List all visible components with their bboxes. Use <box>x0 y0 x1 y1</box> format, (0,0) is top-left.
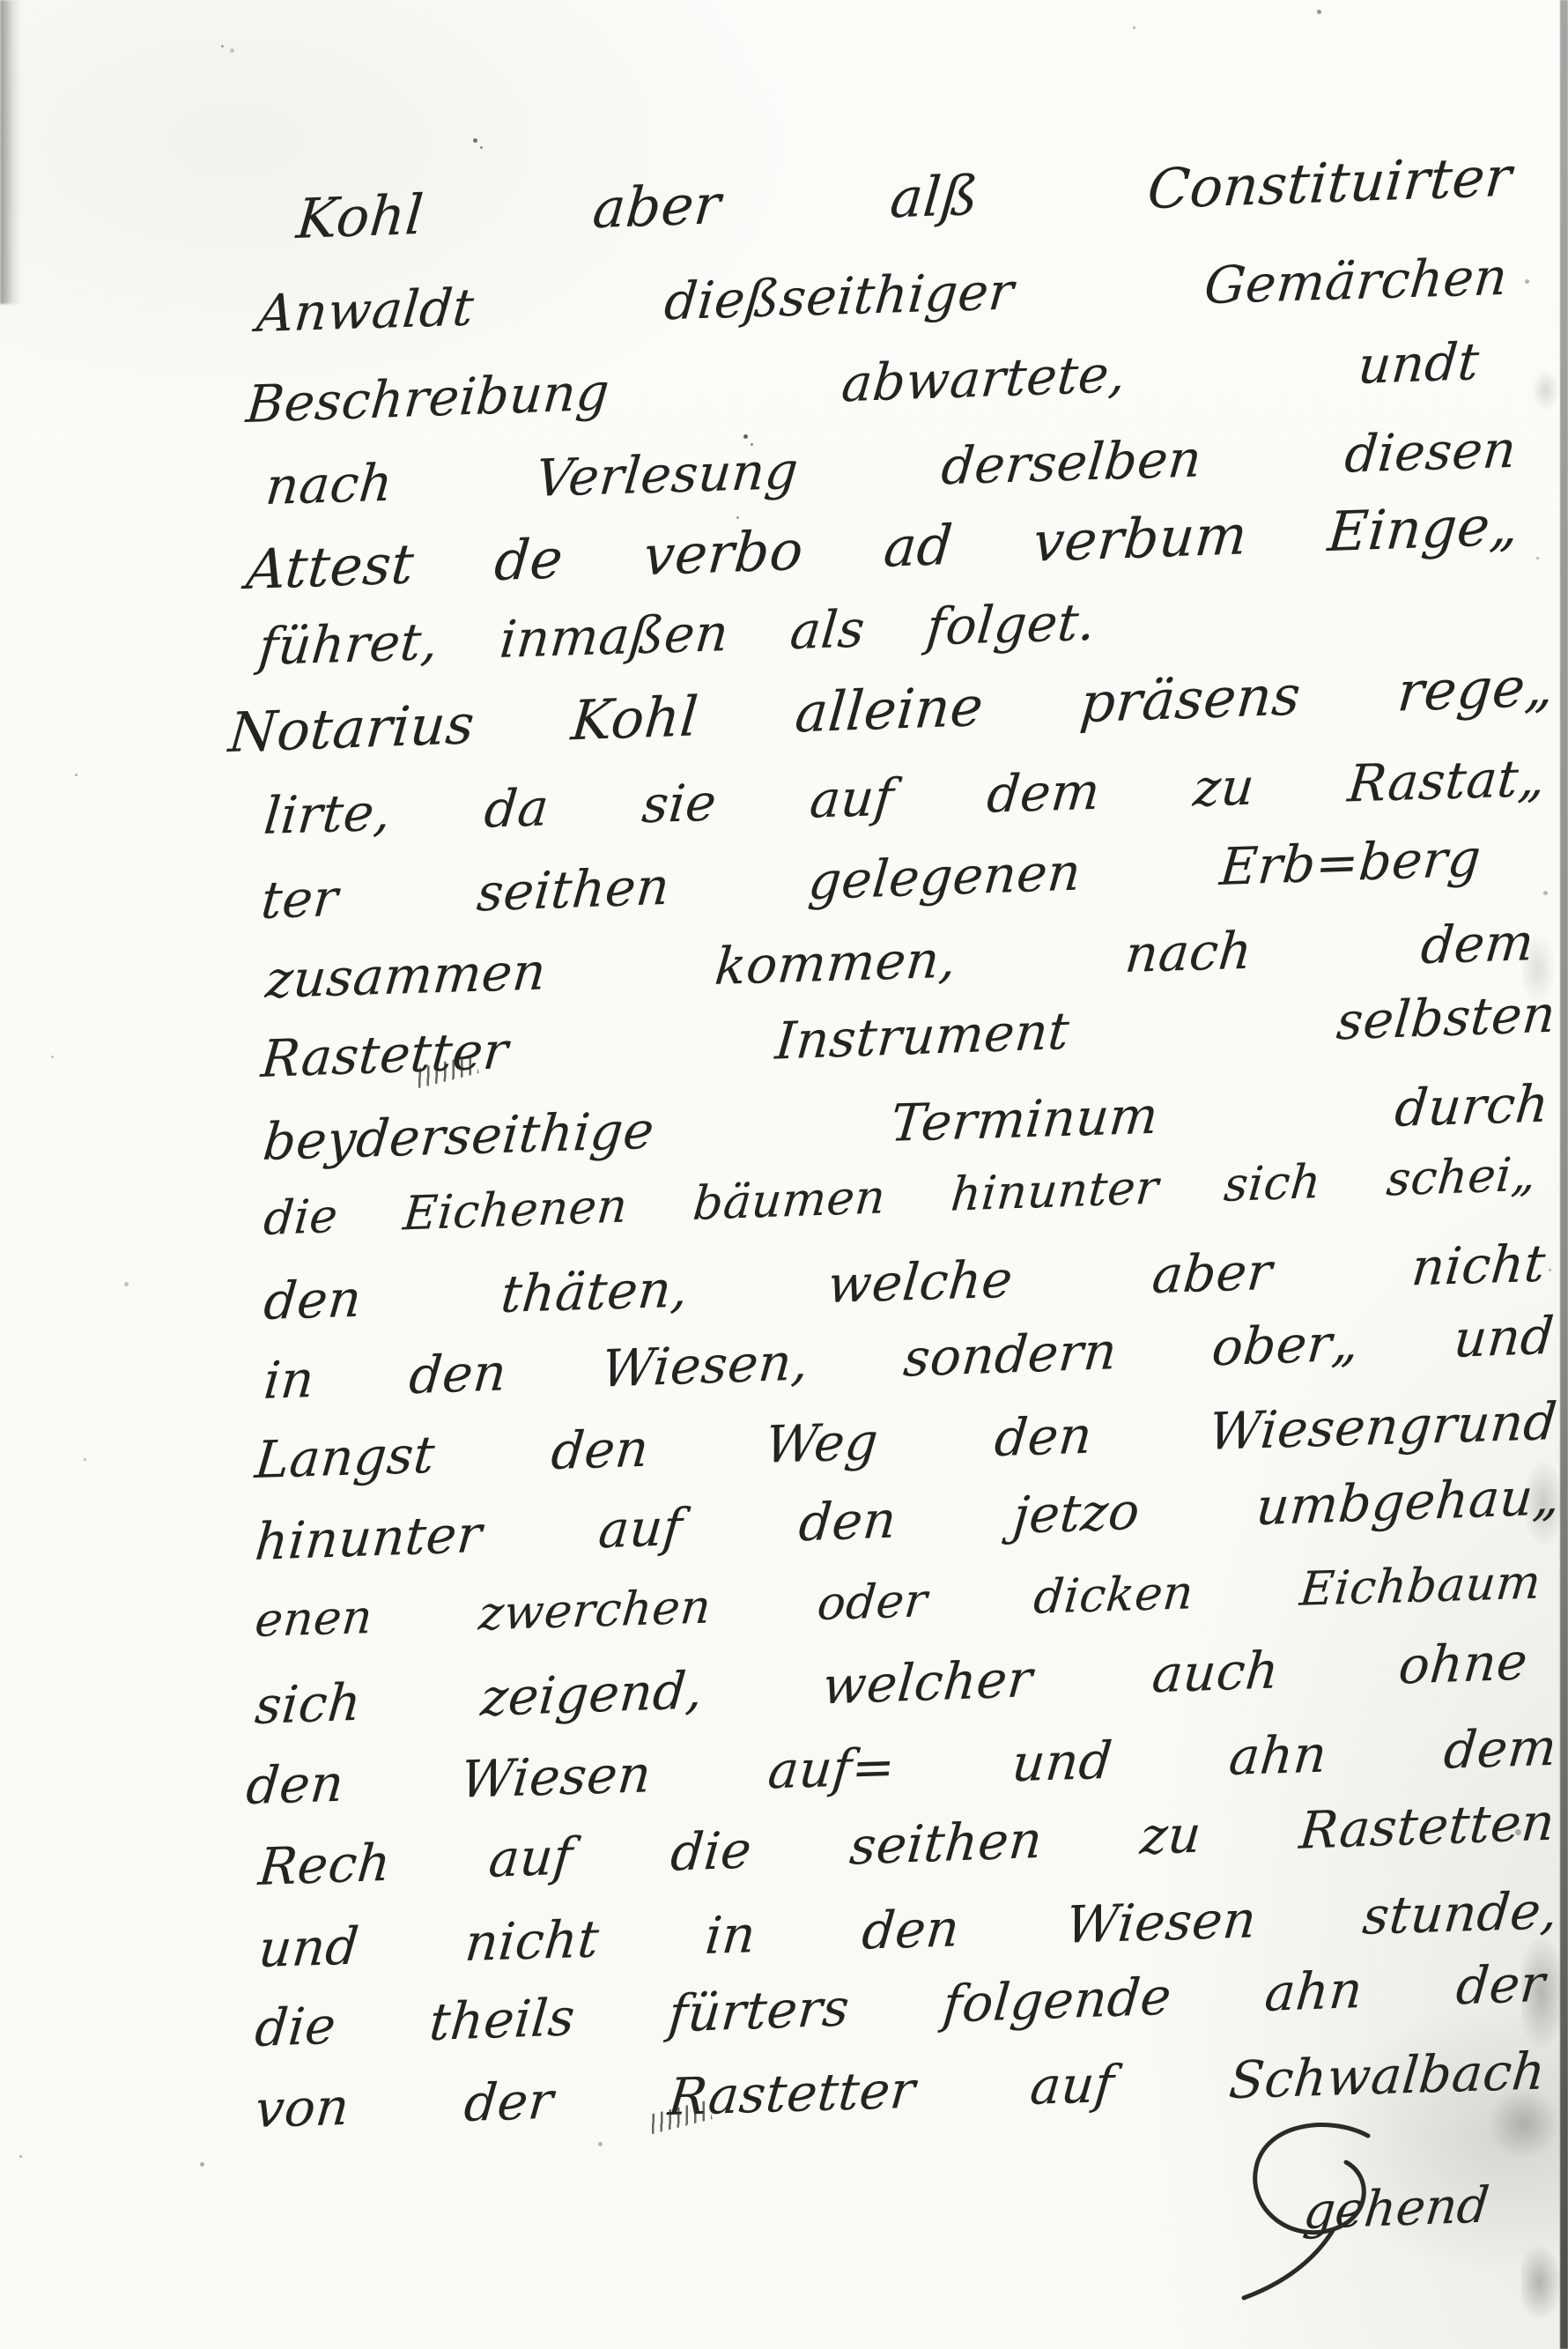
ink-specks <box>0 0 3 3</box>
scan-edge-left-artifact <box>0 0 21 304</box>
manuscript-line: ter seithen gelegenen Erb=berg <box>259 827 1483 931</box>
pen-flourish <box>1223 2122 1390 2307</box>
manuscript-line: führet, inmaßen als folget. <box>256 592 1098 678</box>
manuscript-line: Anwaldt dießseithiger Gemärchen <box>255 247 1511 345</box>
manuscript-line: sich zeigend, welcher auch ohne <box>253 1631 1530 1737</box>
manuscript-line: enen zwerchen oder dicken Eichbaum <box>253 1555 1543 1649</box>
manuscript-line: Beschreibung abwartete, undt <box>244 331 1482 436</box>
manuscript-line: Kohl aber alß Constituirter <box>294 144 1515 253</box>
document-scan: Kohl aber alß Constituirter Anwaldt dieß… <box>0 0 1568 2349</box>
